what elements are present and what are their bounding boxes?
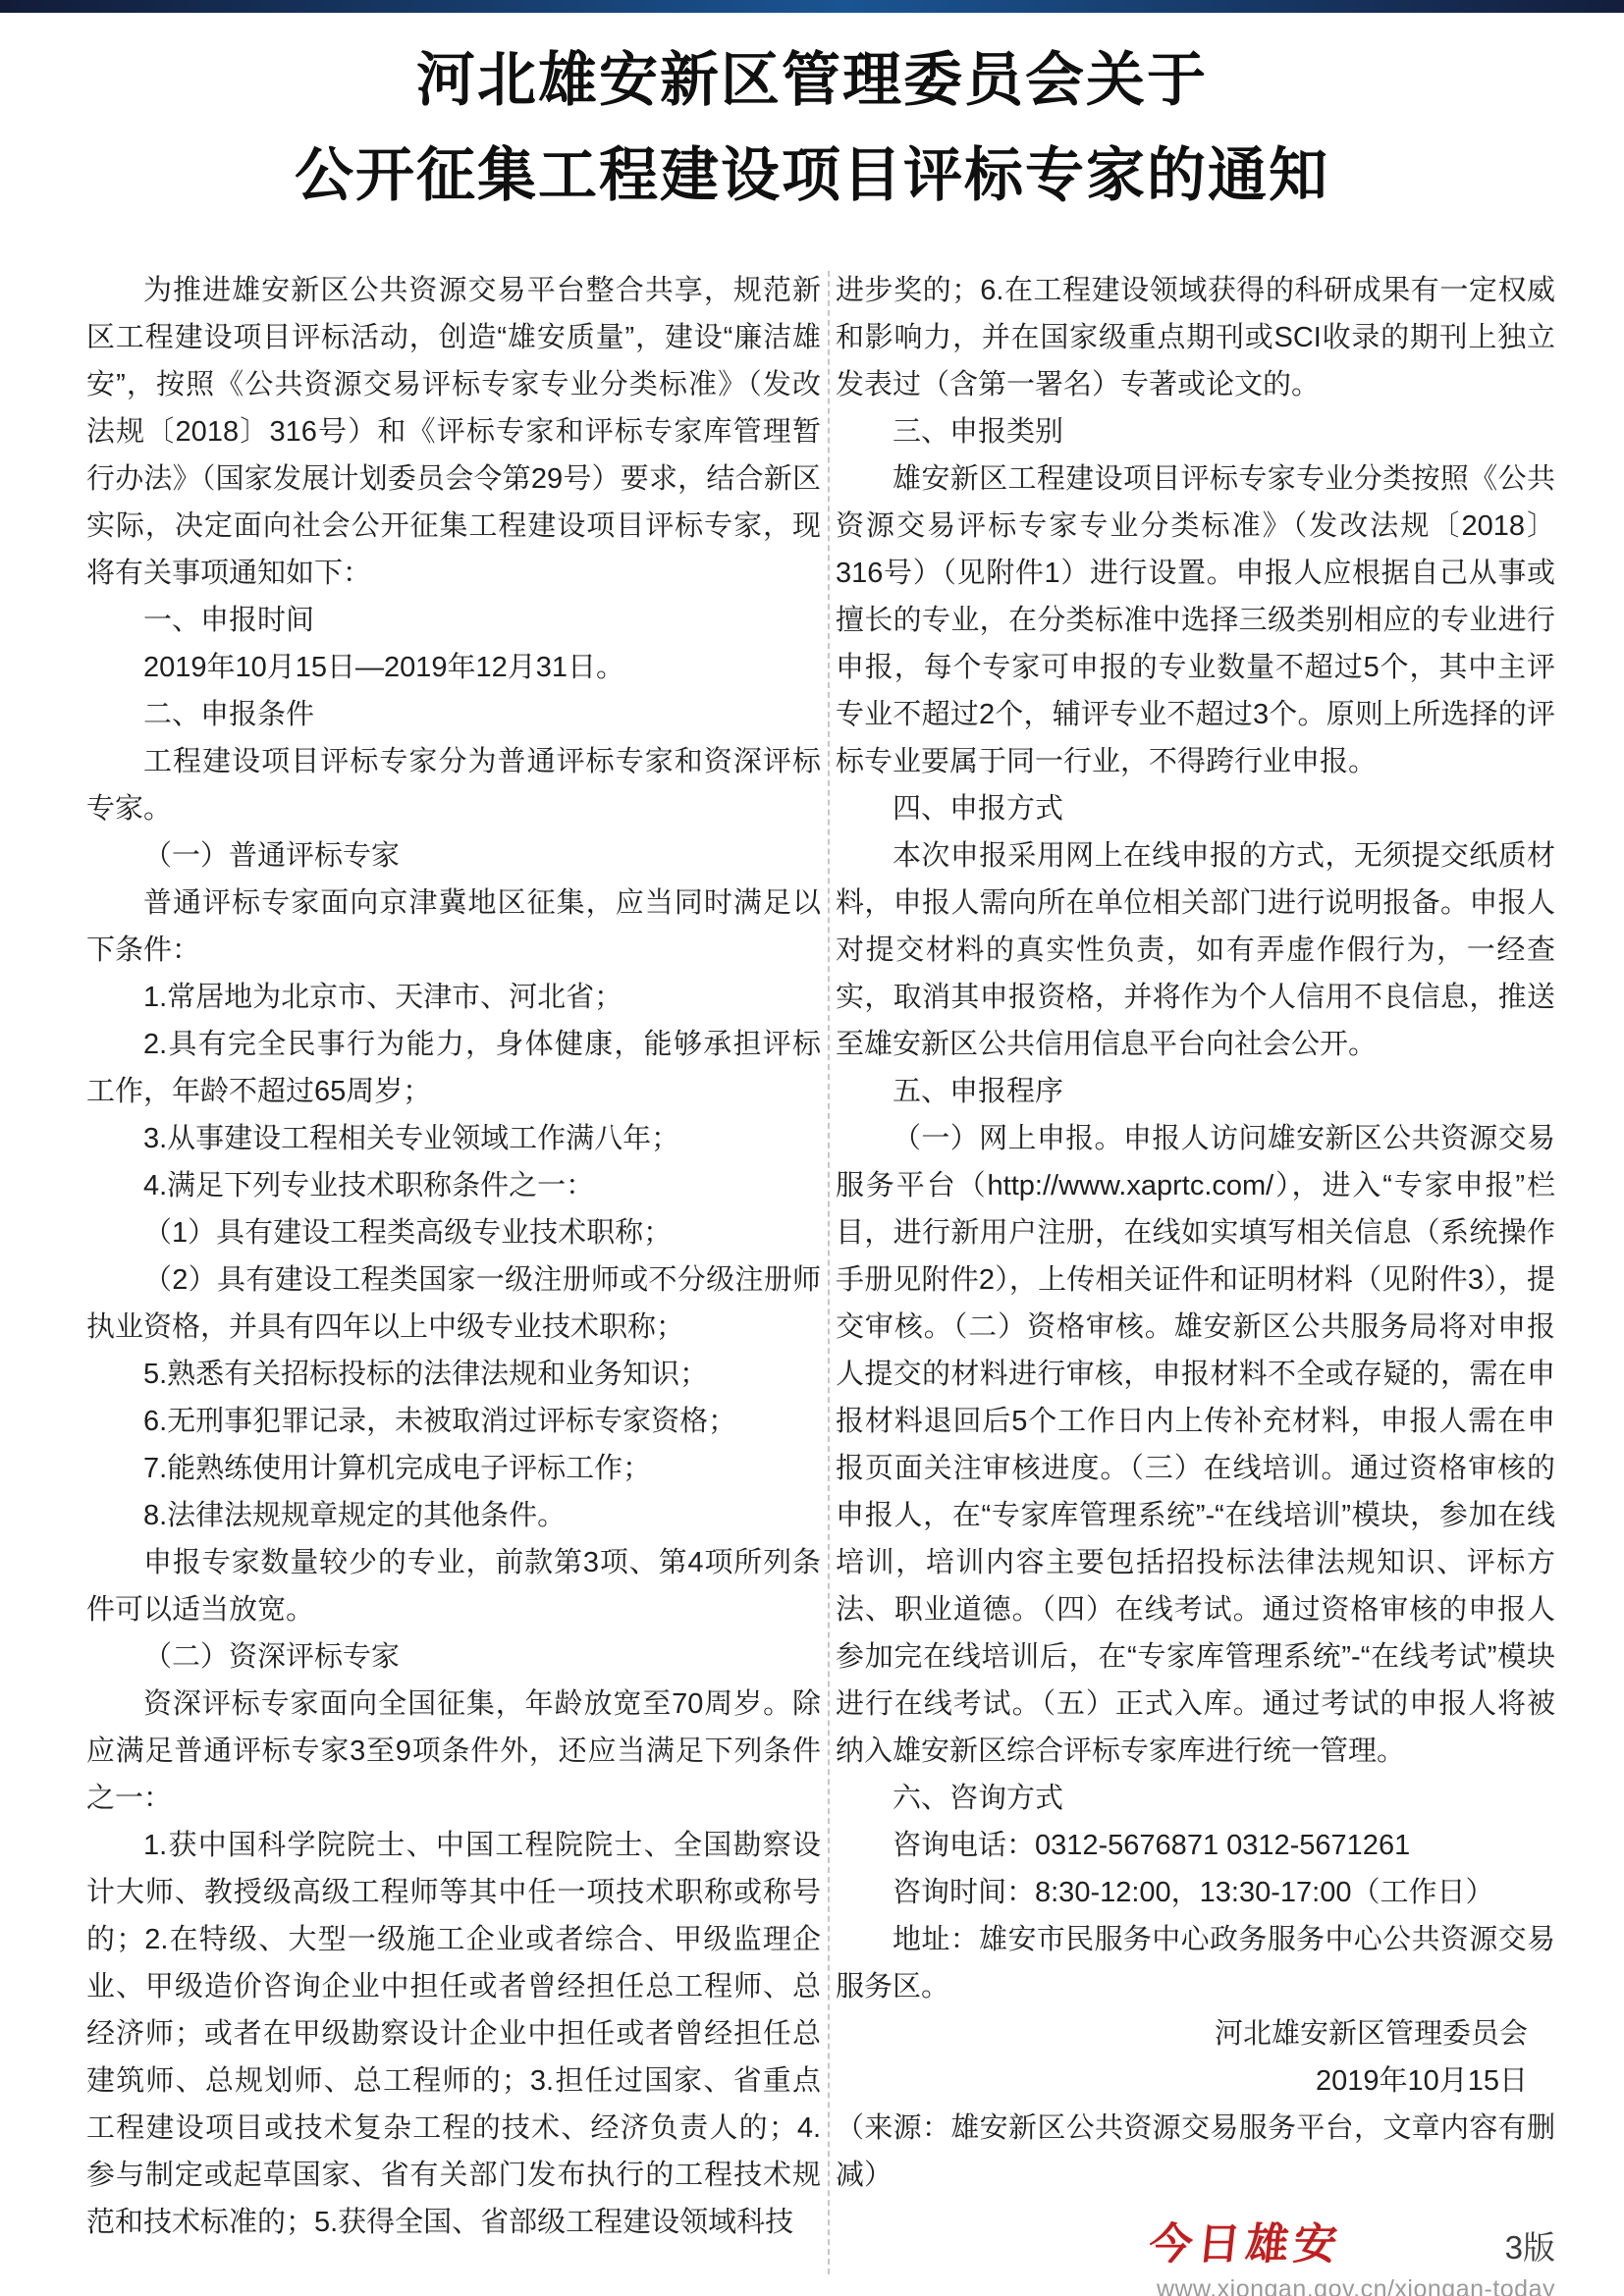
paragraph: 进步奖的；6.在工程建设领域获得的科研成果有一定权威和影响力，并在国家级重点期刊… (836, 267, 1555, 408)
paragraph: （来源：雄安新区公共资源交易服务平台，文章内容有删减） (836, 2105, 1555, 2199)
paragraph: 三、申报类别 (836, 408, 1555, 455)
newspaper-logo: 今日雄安 (1147, 2209, 1346, 2271)
right-column-text: 进步奖的；6.在工程建设领域获得的科研成果有一定权威和影响力，并在国家级重点期刊… (836, 267, 1555, 2199)
paragraph: 咨询电话：0312-5676871 0312-5671261 (836, 1822, 1555, 1869)
paragraph: 7.能熟练使用计算机完成电子评标工作； (86, 1445, 821, 1492)
paragraph: 3.从事建设工程相关专业领域工作满八年； (86, 1115, 821, 1162)
footer-brand-row: 今日雄安 3版 (1150, 2209, 1555, 2271)
paragraph: 资深评标专家面向全国征集，年龄放宽至70周岁。除应满足普通评标专家3至9项条件外… (86, 1681, 821, 1822)
paragraph: 2019年10月15日 (836, 2057, 1555, 2105)
page-number-label: 3版 (1505, 2222, 1555, 2269)
paragraph: 工程建设项目评标专家分为普通评标专家和资深评标专家。 (86, 738, 821, 832)
paragraph: 五、申报程序 (836, 1068, 1555, 1115)
masthead-gradient-bar (0, 0, 1624, 13)
paragraph: 8.法律法规规章规定的其他条件。 (86, 1492, 821, 1539)
paragraph: 咨询时间：8:30-12:00，13:30-17:00（工作日） (836, 1869, 1555, 1916)
paragraph: 2.具有完全民事行为能力，身体健康，能够承担评标工作，年龄不超过65周岁； (86, 1021, 821, 1115)
paragraph: 六、咨询方式 (836, 1775, 1555, 1822)
paragraph: 5.熟悉有关招标投标的法律法规和业务知识； (86, 1351, 821, 1398)
paragraph: 为推进雄安新区公共资源交易平台整合共享，规范新区工程建设项目评标活动，创造“雄安… (86, 267, 821, 597)
paragraph: （一）普通评标专家 (86, 832, 821, 880)
article-title: 河北雄安新区管理委员会关于 公开征集工程建设项目评标专家的通知 (0, 32, 1624, 223)
paragraph: （一）网上申报。申报人访问雄安新区公共资源交易服务平台（http://www.x… (836, 1115, 1555, 1775)
paragraph: 普通评标专家面向京津冀地区征集，应当同时满足以下条件： (86, 880, 821, 974)
article-body: 为推进雄安新区公共资源交易平台整合共享，规范新区工程建设项目评标活动，创造“雄安… (86, 267, 1559, 2296)
left-column: 为推进雄安新区公共资源交易平台整合共享，规范新区工程建设项目评标活动，创造“雄安… (86, 267, 821, 2296)
paragraph: （2）具有建设工程类国家一级注册师或不分级注册师执业资格，并具有四年以上中级专业… (86, 1256, 821, 1351)
paragraph: 一、申报时间 (86, 597, 821, 644)
column-divider (828, 271, 830, 2274)
paragraph: 1.常居地为北京市、天津市、河北省； (86, 974, 821, 1021)
paragraph: 6.无刑事犯罪记录，未被取消过评标专家资格； (86, 1398, 821, 1445)
paragraph: 地址：雄安市民服务中心政务服务中心公共资源交易服务区。 (836, 1916, 1555, 2010)
paragraph: 2019年10月15日—2019年12月31日。 (86, 644, 821, 691)
paragraph: （1）具有建设工程类高级专业技术职称； (86, 1209, 821, 1256)
paragraph: 申报专家数量较少的专业，前款第3项、第4项所列条件可以适当放宽。 (86, 1539, 821, 1633)
right-column: 进步奖的；6.在工程建设领域获得的科研成果有一定权威和影响力，并在国家级重点期刊… (836, 267, 1555, 2296)
article-title-line2: 公开征集工程建设项目评标专家的通知 (0, 128, 1624, 223)
paragraph: 本次申报采用网上在线申报的方式，无须提交纸质材料，申报人需向所在单位相关部门进行… (836, 832, 1555, 1068)
paragraph: 雄安新区工程建设项目评标专家专业分类按照《公共资源交易评标专家专业分类标准》（发… (836, 455, 1555, 785)
paragraph: 河北雄安新区管理委员会 (836, 2010, 1555, 2057)
paragraph: 4.满足下列专业技术职称条件之一： (86, 1162, 821, 1209)
footer-url: www.xiongan.gov.cn/xiongan-today (1150, 2275, 1555, 2296)
article-title-line1: 河北雄安新区管理委员会关于 (0, 32, 1624, 128)
paragraph: 四、申报方式 (836, 785, 1555, 832)
paragraph: 1.获中国科学院院士、中国工程院院士、全国勘察设计大师、教授级高级工程师等其中任… (86, 1822, 821, 2246)
paragraph: 二、申报条件 (86, 691, 821, 738)
page-footer: 今日雄安 3版 www.xiongan.gov.cn/xiongan-today (836, 2209, 1555, 2296)
paragraph: （二）资深评标专家 (86, 1633, 821, 1681)
